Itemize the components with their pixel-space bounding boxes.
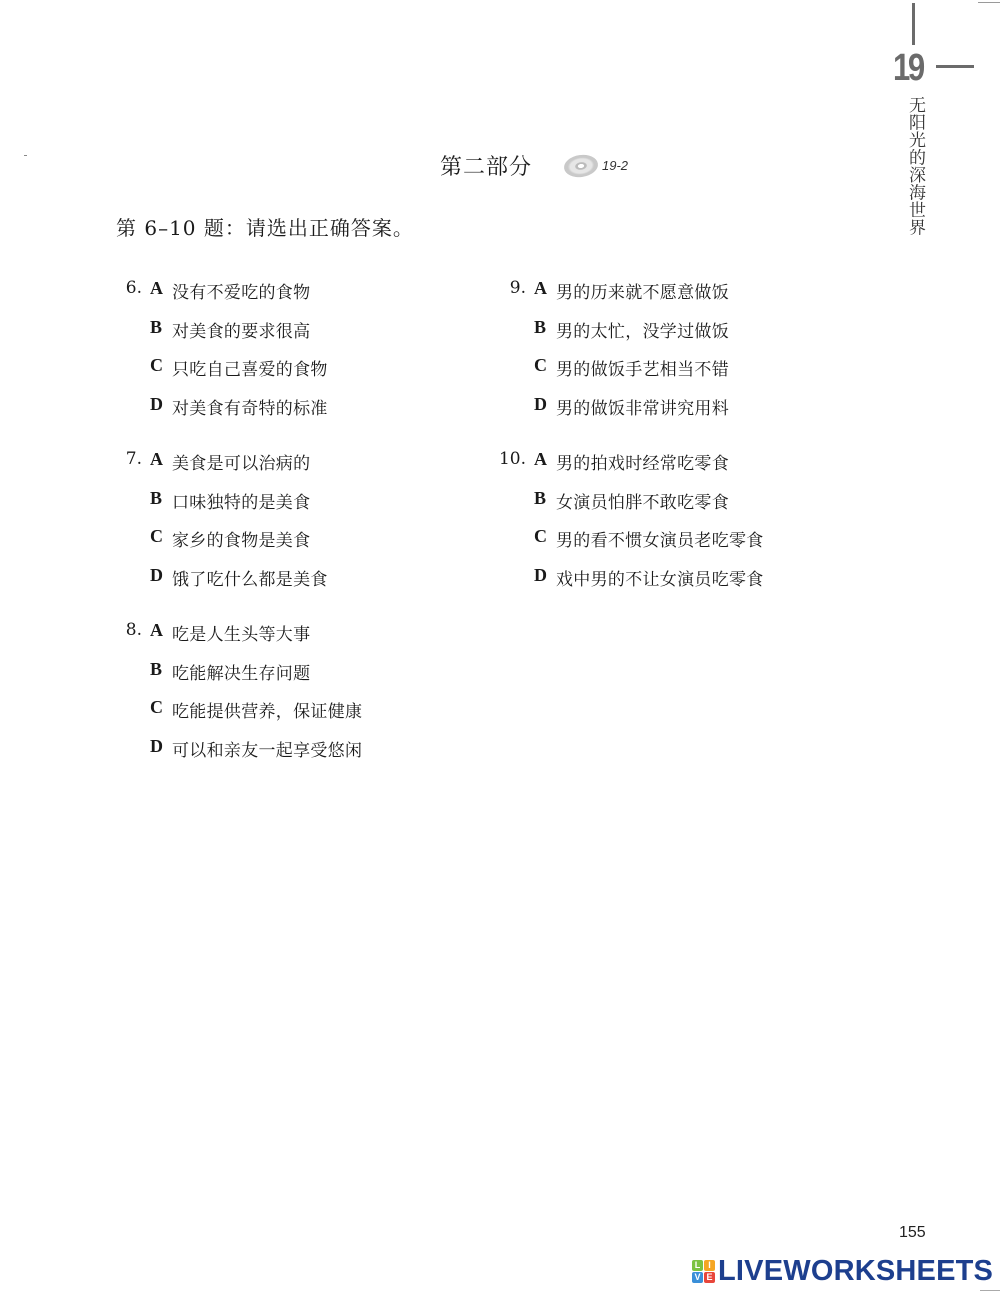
option-letter: C — [150, 355, 172, 376]
option-text: 吃是人生头等大事 — [172, 620, 310, 645]
option-letter: D — [150, 736, 172, 757]
option-text: 没有不爱吃的食物 — [172, 278, 310, 303]
question-number: 8. — [118, 620, 142, 640]
option-row[interactable]: C 只吃自己喜爱的食物 — [118, 355, 328, 394]
question-6: 6. A 没有不爱吃的食物 B 对美食的要求很高 C 只吃自己喜爱的食物 D 对… — [118, 278, 328, 432]
brand-name: LIVEWORKSHEETS — [718, 1255, 993, 1288]
logo-tile: L — [692, 1260, 703, 1271]
option-row[interactable]: 7. A 美食是可以治病的 — [118, 449, 328, 488]
option-letter: B — [534, 488, 556, 509]
option-text: 男的拍戏时经常吃零食 — [556, 449, 729, 474]
option-text: 男的做饭非常讲究用料 — [556, 394, 729, 419]
option-row[interactable]: 9. A 男的历来就不愿意做饭 — [502, 278, 729, 317]
question-number: 10. — [494, 449, 526, 469]
question-9: 9. A 男的历来就不愿意做饭 B 男的太忙，没学过做饭 C 男的做饭手艺相当不… — [502, 278, 729, 432]
question-10: 10. A 男的拍戏时经常吃零食 B 女演员怕胖不敢吃零食 C 男的看不惯女演员… — [502, 449, 764, 603]
option-text: 吃能提供营养，保证健康 — [172, 697, 362, 722]
page-edge-line — [978, 2, 1000, 3]
option-row[interactable]: D 男的做饭非常讲究用料 — [502, 394, 729, 433]
page-edge-line — [980, 1290, 1000, 1291]
page-number: 155 — [899, 1224, 926, 1242]
option-letter: A — [534, 449, 556, 470]
option-row[interactable]: B 对美食的要求很高 — [118, 317, 328, 356]
option-row[interactable]: C 家乡的食物是美食 — [118, 526, 328, 565]
live-logo-icon: L I V E — [692, 1260, 715, 1283]
option-text: 戏中男的不让女演员吃零食 — [556, 565, 764, 590]
chapter-tab-vertical-line — [912, 3, 915, 45]
logo-tile: I — [704, 1260, 715, 1271]
cd-disc-icon[interactable] — [563, 152, 600, 179]
option-text: 对美食的要求很高 — [172, 317, 310, 342]
logo-tile: E — [704, 1272, 715, 1283]
option-text: 男的做饭手艺相当不错 — [556, 355, 729, 380]
option-text: 只吃自己喜爱的食物 — [172, 355, 328, 380]
option-row[interactable]: B 女演员怕胖不敢吃零食 — [502, 488, 764, 527]
option-text: 饿了吃什么都是美食 — [172, 565, 328, 590]
option-text: 对美食有奇特的标准 — [172, 394, 328, 419]
option-row[interactable]: B 吃能解决生存问题 — [118, 659, 362, 698]
option-letter: B — [150, 488, 172, 509]
option-letter: B — [150, 317, 172, 338]
section-header: 第二部分 19-2 — [440, 150, 628, 181]
question-number: 9. — [502, 278, 526, 298]
option-letter: C — [150, 697, 172, 718]
question-8: 8. A 吃是人生头等大事 B 吃能解决生存问题 C 吃能提供营养，保证健康 D… — [118, 620, 362, 774]
option-letter: B — [534, 317, 556, 338]
question-number: 7. — [118, 449, 142, 469]
chapter-dash — [936, 65, 974, 68]
option-letter: D — [150, 394, 172, 415]
option-row[interactable]: 10. A 男的拍戏时经常吃零食 — [502, 449, 764, 488]
option-letter: B — [150, 659, 172, 680]
option-letter: D — [534, 565, 556, 586]
instructions: 第 6–10 题：请选出正确答案。 — [116, 212, 414, 241]
section-title: 第二部分 — [440, 150, 532, 181]
logo-tile: V — [692, 1272, 703, 1283]
print-mark — [24, 155, 27, 156]
option-text: 女演员怕胖不敢吃零食 — [556, 488, 729, 513]
option-row[interactable]: B 男的太忙，没学过做饭 — [502, 317, 729, 356]
audio-track-label: 19-2 — [602, 158, 628, 173]
option-text: 可以和亲友一起享受悠闲 — [172, 736, 362, 761]
liveworksheets-brand[interactable]: L I V E LIVEWORKSHEETS — [692, 1255, 993, 1288]
option-text: 口味独特的是美食 — [172, 488, 310, 513]
option-letter: D — [534, 394, 556, 415]
option-letter: D — [150, 565, 172, 586]
chapter-title: 无阳光的深海世界 — [901, 96, 925, 236]
option-row[interactable]: B 口味独特的是美食 — [118, 488, 328, 527]
option-letter: A — [150, 620, 172, 641]
option-letter: C — [150, 526, 172, 547]
option-letter: C — [534, 526, 556, 547]
option-text: 男的看不惯女演员老吃零食 — [556, 526, 764, 551]
option-row[interactable]: C 吃能提供营养，保证健康 — [118, 697, 362, 736]
option-row[interactable]: C 男的看不惯女演员老吃零食 — [502, 526, 764, 565]
option-text: 美食是可以治病的 — [172, 449, 310, 474]
option-text: 家乡的食物是美食 — [172, 526, 310, 551]
option-row[interactable]: D 对美食有奇特的标准 — [118, 394, 328, 433]
option-letter: C — [534, 355, 556, 376]
option-text: 男的历来就不愿意做饭 — [556, 278, 729, 303]
option-text: 吃能解决生存问题 — [172, 659, 310, 684]
option-row[interactable]: D 可以和亲友一起享受悠闲 — [118, 736, 362, 775]
question-7: 7. A 美食是可以治病的 B 口味独特的是美食 C 家乡的食物是美食 D 饿了… — [118, 449, 328, 603]
option-row[interactable]: 8. A 吃是人生头等大事 — [118, 620, 362, 659]
option-row[interactable]: D 饿了吃什么都是美食 — [118, 565, 328, 604]
option-text: 男的太忙，没学过做饭 — [556, 317, 729, 342]
question-number: 6. — [118, 278, 142, 298]
option-row[interactable]: 6. A 没有不爱吃的食物 — [118, 278, 328, 317]
option-letter: A — [534, 278, 556, 299]
option-letter: A — [150, 449, 172, 470]
chapter-number: 19 — [893, 48, 923, 88]
option-row[interactable]: D 戏中男的不让女演员吃零食 — [502, 565, 764, 604]
option-row[interactable]: C 男的做饭手艺相当不错 — [502, 355, 729, 394]
option-letter: A — [150, 278, 172, 299]
